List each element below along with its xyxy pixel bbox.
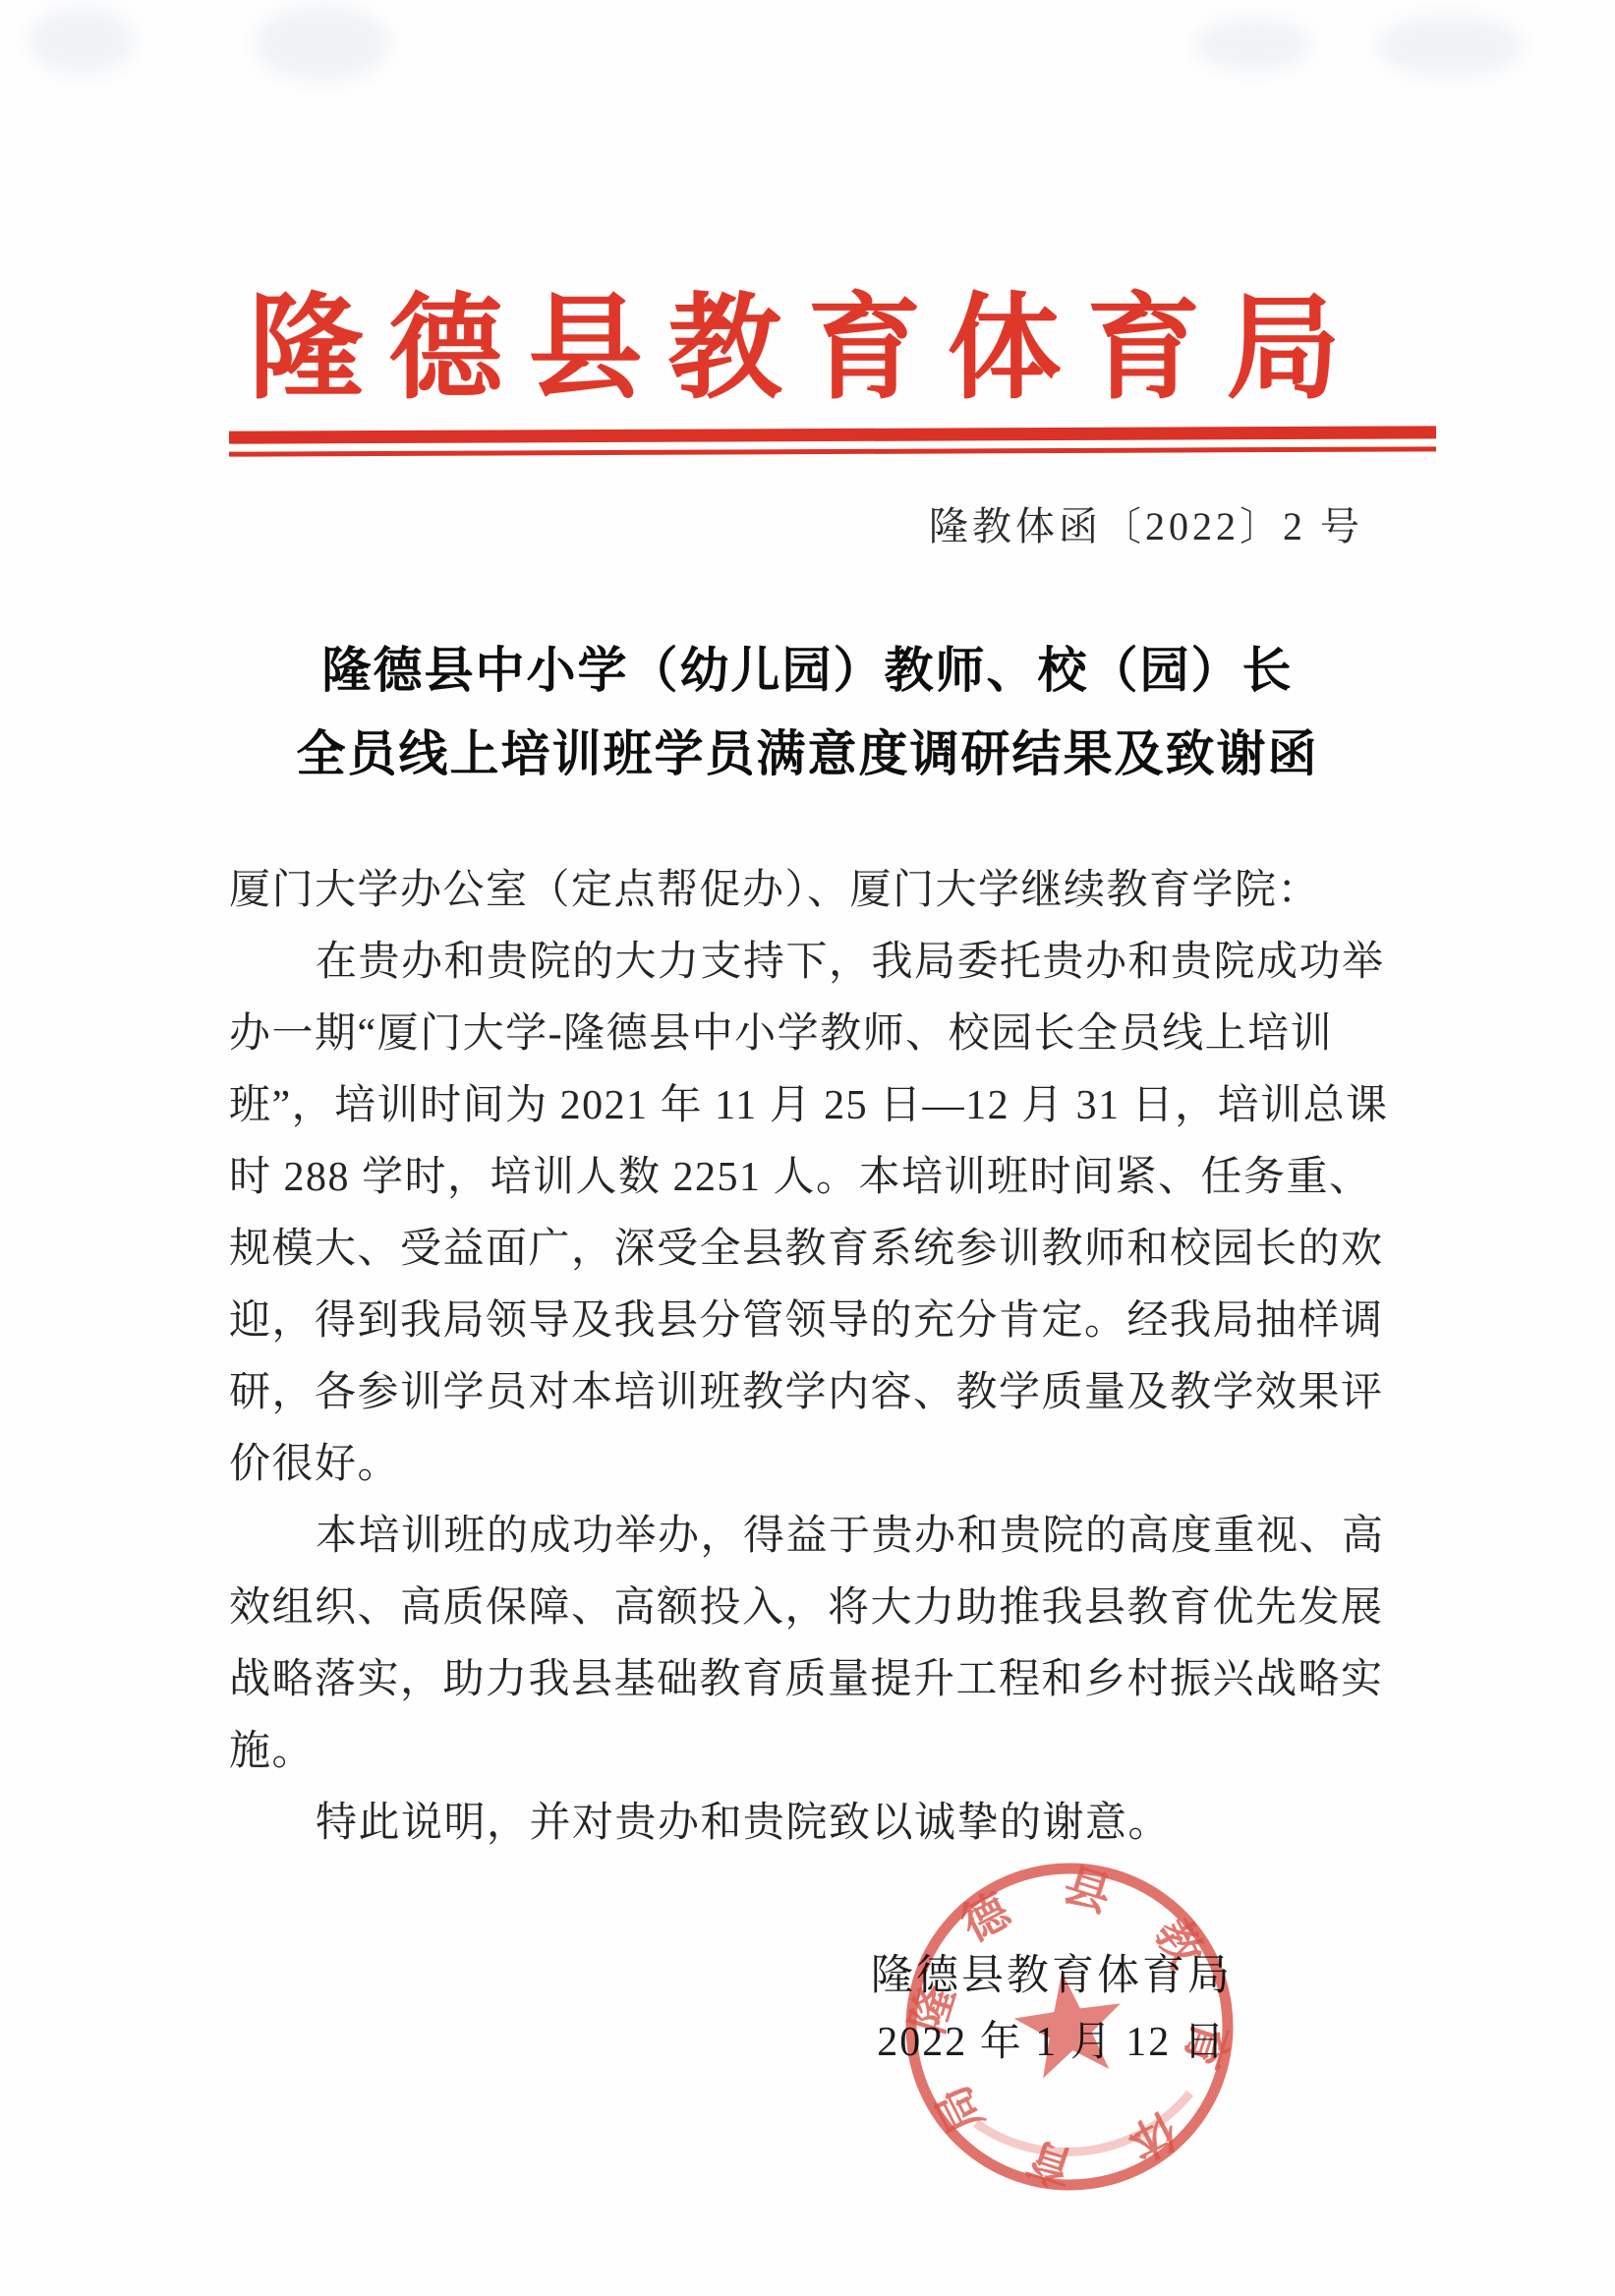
- letterhead-rule-thick: [229, 426, 1436, 443]
- scan-smudge: [254, 4, 391, 83]
- body-line: 时 288 学时，培训人数 2251 人。本培训班时间紧、任务重、: [229, 1142, 1438, 1214]
- document-title: 隆德县中小学（幼儿园）教师、校（园）长 全员线上培训班学员满意度调研结果及致谢函: [0, 629, 1615, 796]
- document-title-line1: 隆德县中小学（幼儿园）教师、校（园）长: [0, 629, 1615, 713]
- body-line: 办一期“厦门大学-隆德县中小学教师、校园长全员线上培训: [229, 999, 1438, 1070]
- body-line: 本培训班的成功举办，得益于贵办和贵院的高度重视、高: [229, 1501, 1438, 1573]
- document-page: 隆德县教育体育局 隆教体函〔2022〕2 号 隆德县中小学（幼儿园）教师、校（园…: [0, 0, 1615, 2296]
- scan-smudge: [1194, 18, 1312, 72]
- body-line: 迎，得到我局领导及我县分管领导的充分肯定。经我局抽样调: [229, 1286, 1438, 1357]
- body-line: 规模大、受益面广，深受全县教育系统参训教师和校园长的欢: [229, 1214, 1438, 1286]
- official-seal: 隆德县教育体育局: [870, 1827, 1270, 2227]
- body-line: 厦门大学办公室（定点帮促办）、厦门大学继续教育学院：: [229, 855, 1438, 927]
- body-line: 效组织、高质保障、高额投入，将大力助推我县教育优先发展: [229, 1573, 1438, 1644]
- scan-smudge: [28, 6, 136, 75]
- document-title-line2: 全员线上培训班学员满意度调研结果及致谢函: [0, 713, 1615, 796]
- document-number: 隆教体函〔2022〕2 号: [929, 495, 1363, 551]
- body-line: 特此说明，并对贵办和贵院致以诚挚的谢意。: [229, 1788, 1438, 1860]
- letter-body: 厦门大学办公室（定点帮促办）、厦门大学继续教育学院： 在贵办和贵院的大力支持下，…: [229, 855, 1438, 1860]
- body-line: 在贵办和贵院的大力支持下，我局委托贵办和贵院成功举: [229, 927, 1438, 999]
- body-line: 施。: [229, 1716, 1438, 1788]
- seal-star-icon: [1009, 1965, 1129, 2081]
- letterhead-agency-name: 隆德县教育体育局: [0, 289, 1615, 411]
- body-line: 研，各参训学员对本培训班教学内容、教学质量及教学效果评: [229, 1357, 1438, 1429]
- body-line: 战略落实，助力我县基础教育质量提升工程和乡村振兴战略实: [229, 1644, 1438, 1716]
- body-line: 班”，培训时间为 2021 年 11 月 25 日—12 月 31 日，培训总课: [229, 1070, 1438, 1142]
- scan-smudge: [1376, 14, 1524, 78]
- letterhead-rule-thin: [229, 446, 1436, 456]
- body-line: 价很好。: [229, 1429, 1438, 1501]
